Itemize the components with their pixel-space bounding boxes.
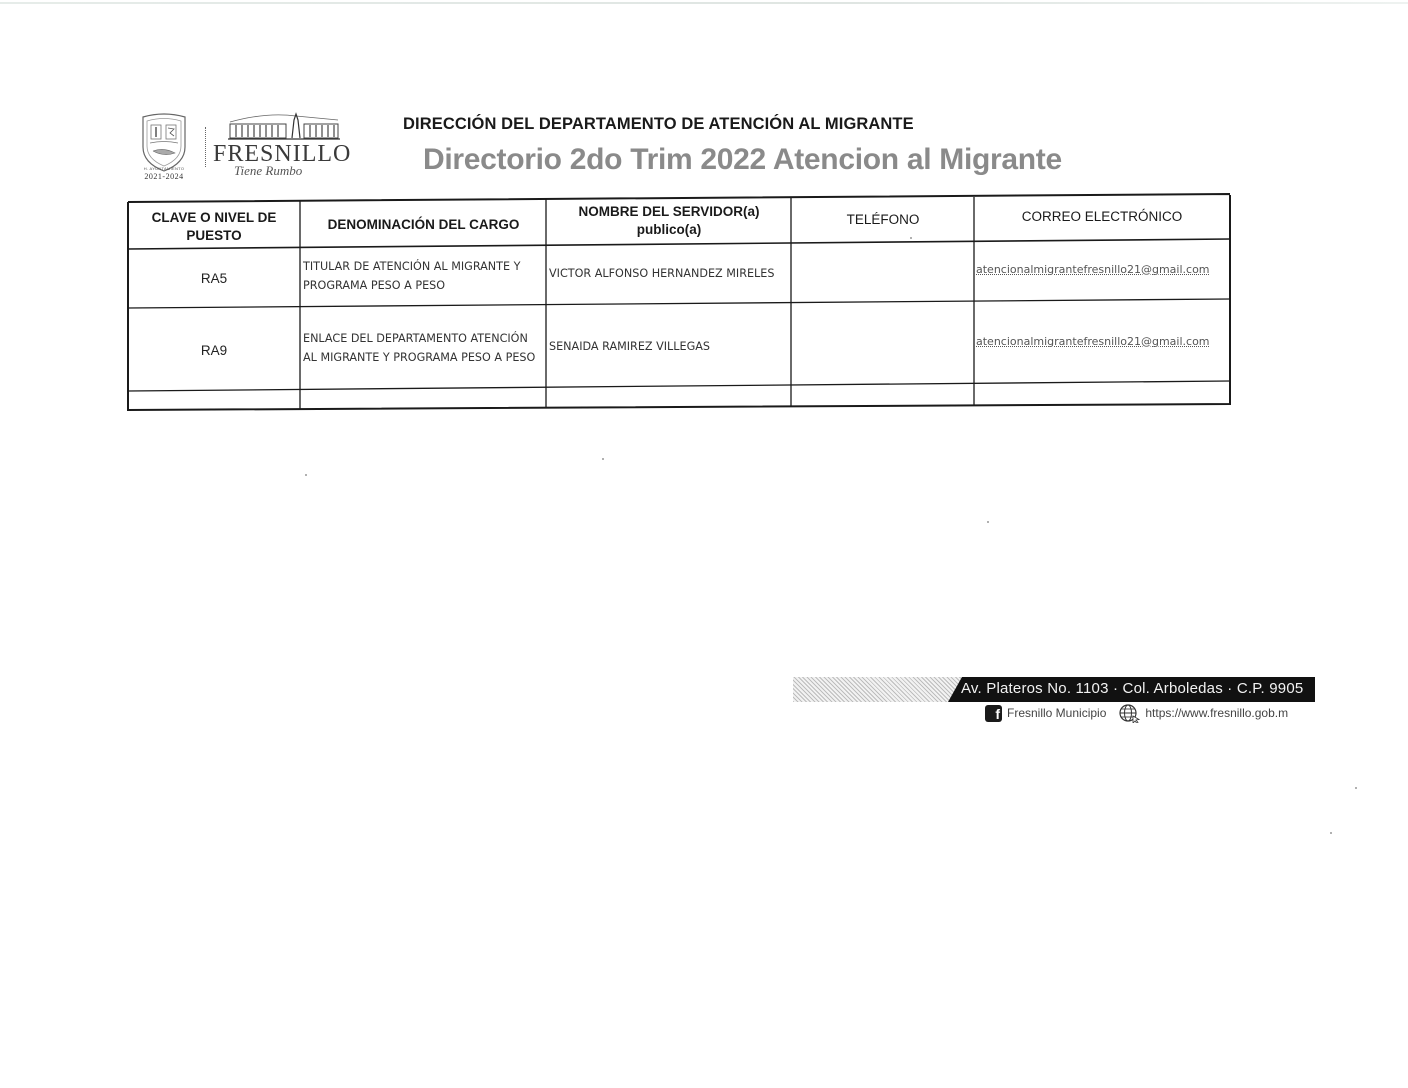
crest-label: H. AYUNTAMIENTO (136, 166, 192, 171)
column-header-cargo: DENOMINACIÓN DEL CARGO (302, 203, 545, 247)
row-3-clave (130, 392, 298, 408)
row-1-clave: RA5 (130, 250, 298, 306)
city-skyline-icon (226, 112, 346, 142)
department-title: DIRECCIÓN DEL DEPARTAMENTO DE ATENCIÓN A… (403, 115, 914, 134)
footer-address-bar: Av. Plateros No. 1103 · Col. Arboledas ·… (793, 677, 1315, 702)
row-2-clave: RA9 (130, 310, 298, 390)
row-2-correo-link[interactable]: atencionalmigrantefresnillo21@gmail.com (976, 301, 1228, 381)
footer-pattern (793, 677, 963, 702)
row-3-nombre (549, 389, 789, 405)
column-header-clave: CLAVE O NIVEL DEPUESTO (130, 205, 298, 249)
row-3-telefono (793, 387, 973, 403)
logo-divider (205, 127, 207, 167)
row-1-correo-link[interactable]: atencionalmigrantefresnillo21@gmail.com (976, 241, 1228, 297)
row-3-cargo (303, 391, 543, 407)
footer-address: Av. Plateros No. 1103 · Col. Arboledas ·… (961, 680, 1303, 697)
city-logo-slogan: Tiene Rumbo (234, 163, 302, 179)
row-2-telefono (793, 304, 973, 384)
website-link[interactable]: https://www.fresnillo.gob.m (1145, 706, 1288, 720)
row-1-cargo: TITULAR DE ATENCIÓN AL MIGRANTE Y PROGRA… (303, 248, 543, 304)
column-header-telefono: TELÉFONO (793, 198, 973, 242)
row-2-cargo: ENLACE DEL DEPARTAMENTO ATENCIÓN AL MIGR… (303, 308, 543, 388)
column-header-nombre: NOMBRE DEL SERVIDOR(a)publico(a) (548, 199, 790, 243)
globe-icon (1118, 703, 1140, 723)
column-header-correo: CORREO ELECTRÓNICO (976, 195, 1228, 239)
row-3-correo (976, 384, 1228, 400)
row-2-nombre: SENAIDA RAMIREZ VILLEGAS (549, 306, 789, 386)
document-title: Directorio 2do Trim 2022 Atencion al Mig… (423, 143, 1062, 177)
row-1-nombre: VICTOR ALFONSO HERNANDEZ MIRELES (549, 245, 789, 301)
facebook-label[interactable]: Fresnillo Municipio (1007, 706, 1106, 720)
directory-table: CLAVE O NIVEL DEPUESTO DENOMINACIÓN DEL … (127, 193, 1231, 411)
crest-years: 2021-2024 (138, 172, 190, 181)
scan-edge (0, 2, 1408, 4)
facebook-icon: f (985, 705, 1002, 722)
footer-social: f Fresnillo Municipio https://www.fresni… (985, 703, 1288, 723)
row-1-telefono (793, 243, 973, 299)
